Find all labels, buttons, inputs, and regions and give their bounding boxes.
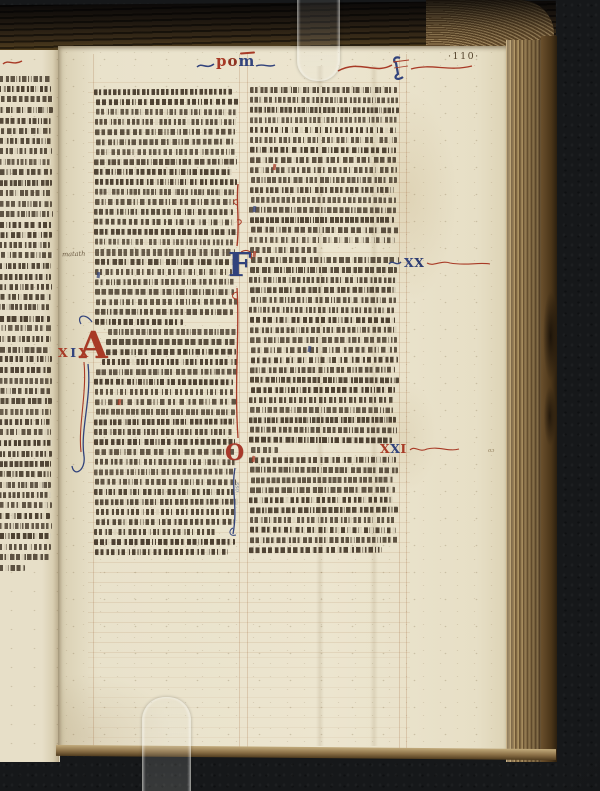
text-line xyxy=(251,447,278,453)
text-line xyxy=(249,437,393,444)
binding-edge xyxy=(541,36,557,762)
text-line xyxy=(0,367,51,373)
text-line xyxy=(0,284,52,291)
text-line xyxy=(249,397,394,404)
text-line xyxy=(0,419,51,426)
text-line xyxy=(249,457,396,464)
text-line xyxy=(0,169,51,176)
quire-mark: oɔ xyxy=(488,448,494,454)
text-line xyxy=(0,107,53,113)
text-line xyxy=(250,116,397,123)
text-line xyxy=(250,486,395,493)
text-line xyxy=(251,357,398,364)
manuscript-page: pom ·110· F O xyxy=(58,46,508,754)
text-line xyxy=(0,347,52,354)
text-line xyxy=(0,471,51,478)
text-line xyxy=(0,159,51,166)
text-line xyxy=(0,565,25,571)
blue-curl-icon xyxy=(388,257,402,269)
text-line xyxy=(0,461,51,468)
text-line xyxy=(250,506,398,513)
text-line xyxy=(250,317,395,324)
chapter-mark-letter: X xyxy=(380,442,390,455)
text-line xyxy=(250,427,398,434)
text-line xyxy=(250,537,398,544)
text-line xyxy=(250,197,395,204)
text-line xyxy=(0,513,51,519)
text-line xyxy=(0,377,51,384)
text-line xyxy=(0,409,51,415)
text-line xyxy=(0,128,51,135)
chapter-mark-letter: X xyxy=(404,256,414,269)
chapter-mark-letter: X xyxy=(58,346,68,359)
chapter-mark-letter: X xyxy=(79,346,89,359)
red-tail-icon xyxy=(409,443,461,455)
chapter-mark-letter: I xyxy=(400,442,406,455)
red-penwork-icon xyxy=(224,180,252,444)
text-line xyxy=(251,347,397,354)
text-line xyxy=(249,237,395,244)
text-line xyxy=(0,294,52,301)
text-line xyxy=(250,526,396,533)
text-line xyxy=(250,127,396,134)
text-line xyxy=(250,337,397,344)
text-line xyxy=(0,429,51,435)
text-line xyxy=(250,267,397,273)
illuminated-initial-f: F xyxy=(228,248,251,282)
text-line xyxy=(0,356,51,362)
text-line xyxy=(0,304,50,311)
text-line xyxy=(0,96,53,102)
chapter-mark-letter: I xyxy=(70,346,76,359)
text-line xyxy=(0,211,53,217)
text-line xyxy=(250,97,398,104)
text-line xyxy=(249,547,382,554)
text-line xyxy=(0,148,52,154)
text-line xyxy=(0,252,53,259)
text-line xyxy=(0,554,50,560)
text-line xyxy=(250,367,395,374)
illuminated-initial-o: O xyxy=(225,442,244,465)
blue-red-penwork-icon xyxy=(64,308,100,480)
text-line xyxy=(0,274,51,280)
text-line xyxy=(0,440,52,447)
text-line xyxy=(249,417,396,424)
text-line xyxy=(0,325,51,332)
text-line xyxy=(251,226,399,233)
text-line xyxy=(0,117,51,124)
page-holder-strip-top xyxy=(297,0,340,81)
chapter-number-xix: XIX xyxy=(58,346,89,359)
manuscript-photograph: pom ·110· F O xyxy=(0,0,600,791)
text-line xyxy=(251,257,399,263)
facing-page-text-column xyxy=(0,50,60,762)
red-tail-icon xyxy=(426,257,492,269)
text-line xyxy=(250,517,395,523)
text-line xyxy=(250,377,399,384)
page-holder-strip-bottom xyxy=(142,697,191,791)
chapter-number-xx-text: XX xyxy=(404,256,424,269)
marginal-gloss: matath xyxy=(62,250,86,259)
chapter-number-xxi: XXI xyxy=(380,442,461,455)
text-line xyxy=(250,87,397,93)
fore-edge-pages xyxy=(506,40,543,762)
text-line xyxy=(0,388,52,395)
text-line xyxy=(249,277,397,284)
text-line xyxy=(0,263,51,270)
text-line xyxy=(249,137,396,143)
text-line xyxy=(0,86,52,92)
text-line xyxy=(0,533,51,539)
text-line xyxy=(251,297,396,304)
text-line xyxy=(0,450,52,457)
blue-penwork-icon xyxy=(226,464,244,542)
text-line xyxy=(250,157,396,164)
text-line xyxy=(0,336,51,342)
text-line xyxy=(251,387,395,394)
text-line xyxy=(0,76,51,82)
chapter-number-xxi-text: XXI xyxy=(380,442,407,455)
text-line xyxy=(0,222,52,228)
text-line xyxy=(0,502,52,509)
text-line xyxy=(249,207,396,214)
text-line xyxy=(0,190,51,196)
text-line xyxy=(250,287,396,294)
text-line xyxy=(250,327,397,334)
text-line xyxy=(251,476,394,483)
text-line xyxy=(0,482,51,488)
text-line xyxy=(251,177,397,183)
text-line xyxy=(0,315,50,321)
text-line xyxy=(249,307,394,314)
text-line xyxy=(250,187,394,194)
text-line xyxy=(0,544,51,550)
marginal-gloss-vertical: oss xyxy=(234,482,241,492)
text-line xyxy=(250,247,317,253)
text-line xyxy=(250,466,398,473)
text-line xyxy=(0,138,51,145)
text-line xyxy=(0,242,50,248)
text-line xyxy=(0,398,52,405)
text-line xyxy=(0,492,51,499)
text-line xyxy=(250,107,399,114)
text-line xyxy=(250,406,393,413)
text-line xyxy=(249,497,393,504)
facing-page-edge xyxy=(0,50,60,762)
text-line xyxy=(0,179,52,186)
text-column-right xyxy=(58,46,508,754)
text-line xyxy=(0,232,52,239)
text-line xyxy=(0,523,52,529)
text-line xyxy=(0,201,52,208)
chapter-number-xx: XX xyxy=(388,256,492,269)
text-line xyxy=(250,217,394,224)
text-line xyxy=(250,147,396,154)
chapter-mark-letter: X xyxy=(414,256,424,269)
chapter-mark-letter: X xyxy=(390,442,400,455)
